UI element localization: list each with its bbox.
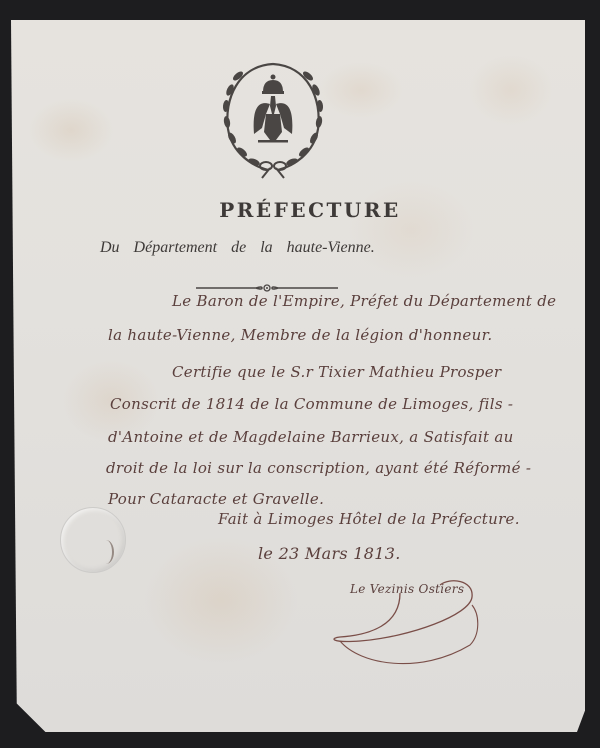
- closing-date: le 23 Mars 1813.: [258, 544, 401, 563]
- imperial-eagle-crest-icon: [218, 54, 328, 180]
- seal-stain: [98, 540, 114, 564]
- body-line-2: la haute-Vienne, Membre de la légion d'h…: [108, 326, 492, 344]
- body-line-6: droit de la loi sur la conscription, aya…: [106, 459, 531, 477]
- closing-place: Fait à Limoges Hôtel de la Préfecture.: [218, 510, 520, 528]
- embossed-seal-icon: [60, 507, 126, 573]
- department-subtitle: Du Département de la haute-Vienne.: [100, 239, 375, 257]
- body-line-3: Certifie que le S.r Tixier Mathieu Prosp…: [172, 363, 501, 381]
- body-line-4: Conscrit de 1814 de la Commune de Limoge…: [110, 395, 513, 413]
- body-line-1: Le Baron de l'Empire, Préfet du Départem…: [172, 292, 556, 310]
- page-title: PRÉFECTURE: [0, 198, 600, 222]
- body-line-5: d'Antoine et de Magdelaine Barrieux, a S…: [108, 428, 514, 446]
- body-line-7: Pour Cataracte et Gravelle.: [108, 490, 324, 508]
- signature-flourish-icon: [330, 575, 490, 695]
